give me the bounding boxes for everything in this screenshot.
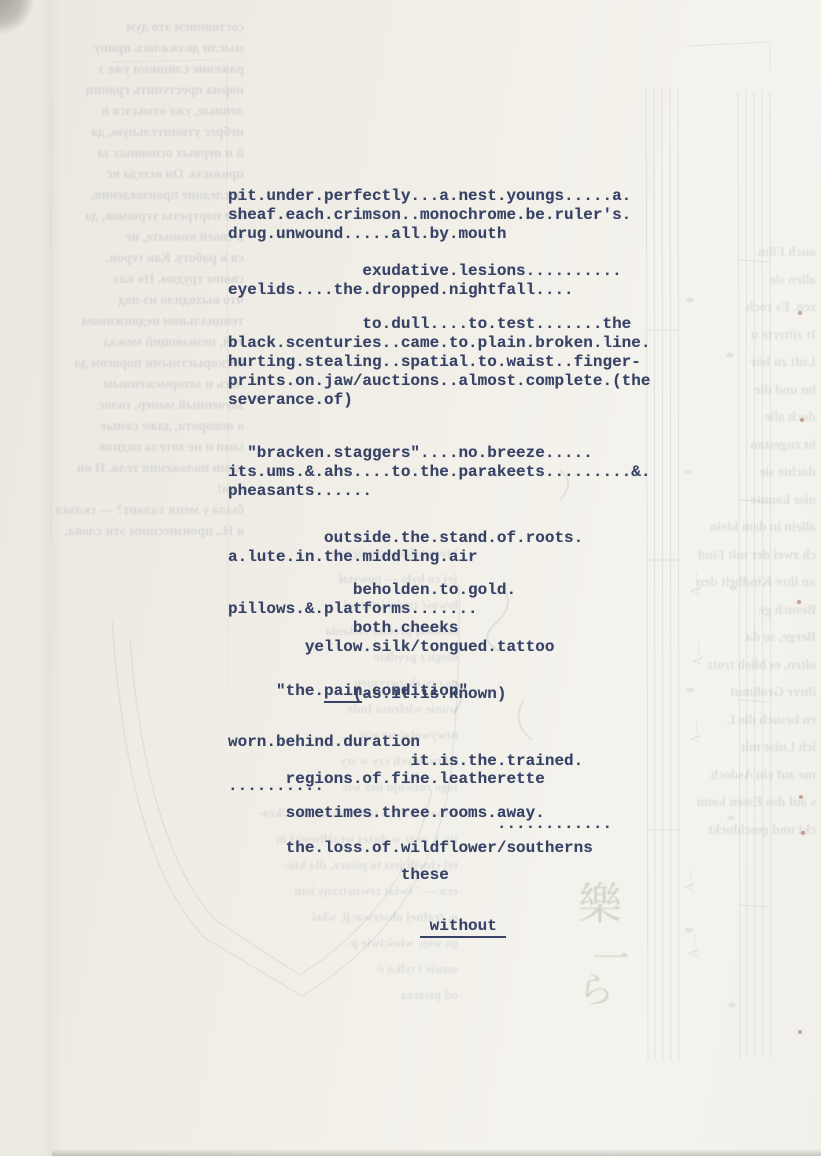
poem-line: outside.the.stand.of.roots. bbox=[228, 529, 583, 548]
poem-line: its.ums.&.ahs....to.the.parakeets.......… bbox=[228, 463, 650, 482]
without-underlined-word: without bbox=[420, 917, 506, 938]
page-corner-shadow bbox=[0, 0, 34, 34]
ghost-frame-lines bbox=[51, 60, 228, 690]
poem-line: prints.on.jaw/auctions..almost.complete.… bbox=[228, 372, 650, 391]
poem-line: the.loss.of.wildflower/southerns bbox=[228, 839, 593, 858]
poem-line: pheasants...... bbox=[228, 482, 372, 501]
poem-line: pit.under.perfectly...a.nest.youngs.....… bbox=[228, 187, 631, 206]
poem-line: exudative.lesions.......... bbox=[228, 262, 622, 281]
poem-line: these bbox=[228, 866, 449, 885]
scan-bottom-edge bbox=[52, 1149, 821, 1156]
cjk-pencil-mark: 樂 bbox=[578, 868, 622, 932]
svg-text:A—: A— bbox=[691, 641, 706, 666]
scanned-page: A— A— A— A— A— состоянием это дум мысли … bbox=[0, 0, 821, 1156]
poem-line: worn.behind.duration bbox=[228, 733, 420, 752]
poem-line: pillows.&.platforms....... bbox=[228, 600, 478, 619]
poem-line: .......... bbox=[228, 777, 324, 796]
poem-line: eyelids....the.dropped.nightfall.... bbox=[228, 281, 574, 300]
poem-line: hurting.stealing..spatial.to.waist..fing… bbox=[228, 353, 641, 372]
svg-text:A—: A— bbox=[687, 933, 702, 958]
music-note-dots bbox=[684, 297, 737, 1007]
paper-crease bbox=[38, 0, 64, 1156]
poem-line: (as.it.is.known) bbox=[228, 685, 506, 704]
music-staff-sketch bbox=[646, 42, 771, 1062]
poem-line: black.scenturies..came.to.plain.broken.l… bbox=[228, 334, 650, 353]
show-through-sketch-layer: A— A— A— A— A— bbox=[0, 0, 821, 1156]
poem-line: to.dull....to.test.......the bbox=[228, 315, 631, 334]
svg-text:A—: A— bbox=[683, 867, 698, 892]
poem-line: both.cheeks bbox=[228, 619, 458, 638]
poem-line: a.lute.in.the.middling.air bbox=[228, 548, 478, 567]
poem-line: ............ bbox=[228, 815, 612, 834]
svg-text:A—: A— bbox=[689, 719, 704, 744]
rotated-letter-marks: A— A— A— A— A— bbox=[683, 571, 706, 958]
cjk-pencil-mark: ら bbox=[578, 962, 614, 1013]
poem-line: it.is.the.trained. bbox=[228, 752, 583, 771]
poem-line: sheaf.each.crimson..monochrome.be.ruler'… bbox=[228, 206, 631, 225]
paper-specks bbox=[797, 311, 805, 1034]
without-line-indent bbox=[266, 917, 420, 935]
poem-line: beholden.to.gold. bbox=[228, 581, 516, 600]
poem-line: severance.of) bbox=[228, 391, 353, 410]
cjk-pencil-mark: 一 bbox=[592, 928, 630, 983]
poem-line: drug.unwound.....all.by.mouth bbox=[228, 225, 506, 244]
svg-text:A—: A— bbox=[689, 571, 704, 596]
ghost-german-text: auch Film allen sie zen. Es roch It zitt… bbox=[610, 238, 816, 843]
poem-line: yellow.silk/tongued.tattoo bbox=[228, 638, 554, 657]
poem-line: "bracken.staggers"....no.breeze..... bbox=[228, 444, 593, 463]
poem-line-without: without bbox=[228, 898, 506, 955]
